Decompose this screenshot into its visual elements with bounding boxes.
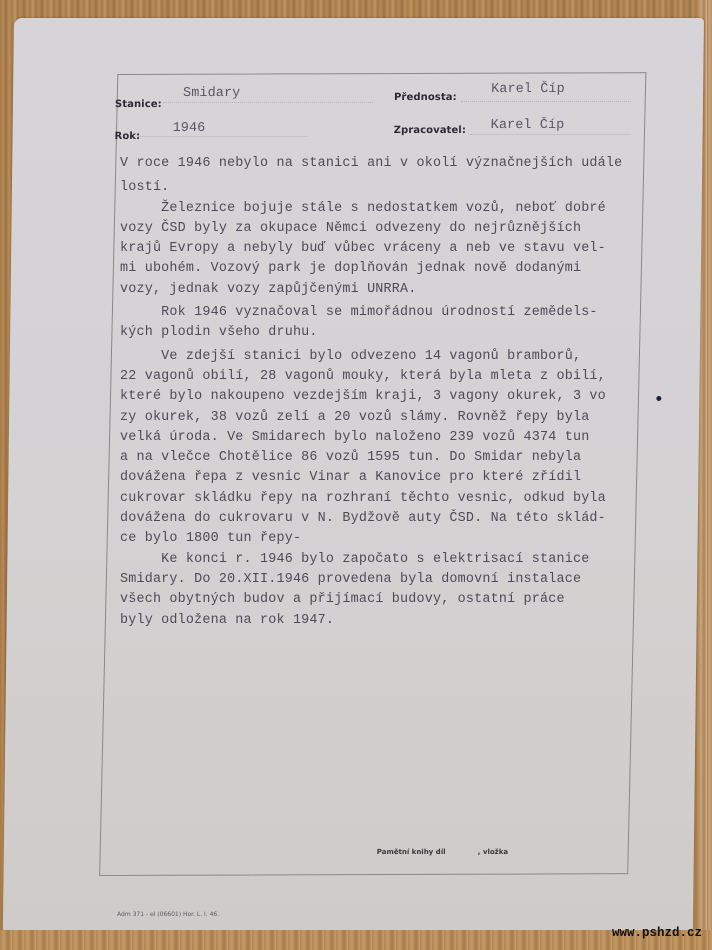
website-watermark: www.pshzd.cz (612, 926, 702, 940)
body-line: krajů Evropy a nebyly buď vůbec vráceny … (120, 239, 660, 259)
body-line: všech obytných budov a přijímací budovy,… (120, 590, 660, 610)
processor-value: Karel Číp (491, 118, 565, 133)
body-line: 22 vagonů obilí, 28 vagonů mouky, která … (120, 367, 660, 387)
body-line: Smidary. Do 20.XII.1946 provedena byla d… (120, 570, 660, 590)
body-line: V roce 1946 nebylo na stanici ani v okol… (120, 154, 660, 174)
year-value: 1946 (173, 121, 206, 136)
wooden-background-bottom (0, 930, 712, 950)
body-line: velká úroda. Ve Smidarech bylo naloženo … (120, 428, 660, 448)
body-line: ce bylo 1800 tun řepy- (120, 529, 660, 549)
station-underline (163, 102, 373, 103)
insert-label: , vložka (478, 848, 508, 856)
typewritten-body: V roce 1946 nebylo na stanici ani v okol… (120, 154, 660, 631)
station-label: Stanice: (115, 99, 162, 110)
head-value: Karel Číp (491, 82, 565, 97)
head-underline (461, 101, 631, 102)
memorial-book-label: Pamětní knihy díl (377, 848, 446, 856)
print-code: Adm 371 - el (06601) Hor. L. I. 46. (117, 911, 219, 918)
body-line: které bylo nakoupeno vezdejším kraji, 3 … (120, 387, 660, 407)
year-underline (138, 136, 308, 137)
body-line: kých plodin všeho druhu. (120, 323, 660, 343)
body-line: Rok 1946 vyznačoval se mimořádnou úrodno… (120, 303, 660, 323)
processor-label: Zpracovatel: (394, 125, 466, 136)
body-line: cukrovar skládku řepy na rozhraní těchto… (120, 489, 660, 509)
body-line: Ve zdejší stanici bylo odvezeno 14 vagon… (120, 347, 660, 367)
body-line: dovážena řepa z vesnic Vinar a Kanovice … (120, 468, 660, 488)
body-line: Železnice bojuje stále s nedostatkem voz… (120, 199, 660, 219)
processor-underline (471, 134, 631, 135)
station-value: Smidary (183, 86, 240, 101)
body-line: zy okurek, 38 vozů zelí a 20 vozů slámy.… (120, 408, 660, 428)
body-line: Ke konci r. 1946 bylo započato s elektri… (120, 550, 660, 570)
body-line: mi ubohém. Vozový park je doplňován jedn… (120, 259, 660, 279)
body-line: a na vlečce Chotělice 86 vozů 1595 tun. … (120, 448, 660, 468)
body-line: vozy ČSD byly za okupace Němci odvezeny … (120, 219, 660, 239)
year-label: Rok: (114, 131, 140, 142)
body-line: lostí. (120, 178, 660, 198)
body-line: byly odložena na rok 1947. (120, 611, 660, 631)
head-label: Přednosta: (394, 92, 457, 103)
body-line: vozy, jednak vozy zapůjčenými UNRRA. (120, 280, 660, 300)
body-line: dovážena do cukrovaru v N. Bydžově auty … (120, 509, 660, 529)
